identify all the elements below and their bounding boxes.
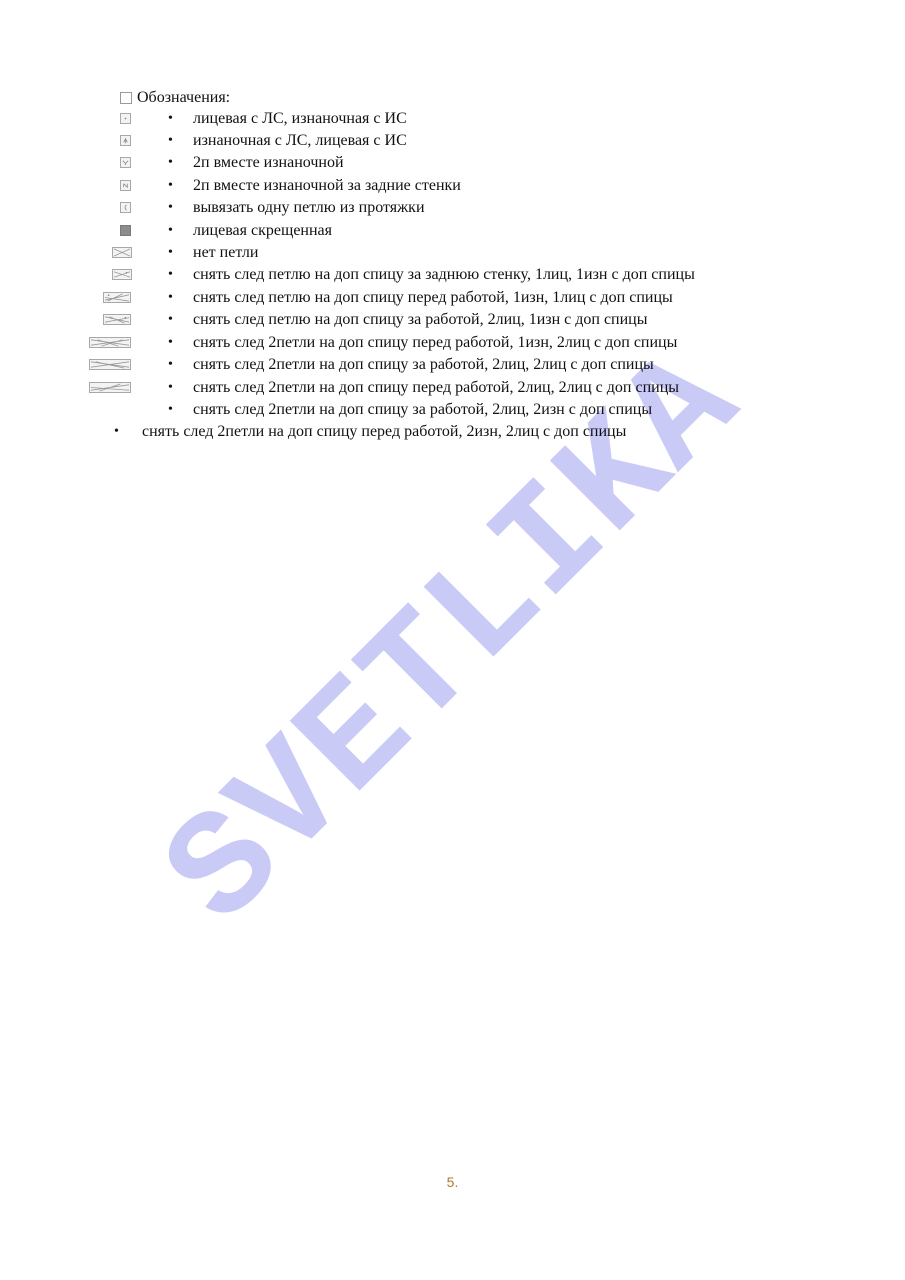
legend-item: • 2п вместе изнаночной [0, 152, 905, 174]
legend-item-text: снять след 2петли на доп спицу перед раб… [193, 377, 679, 399]
legend-item: • снять след 2петли на доп спицу за рабо… [0, 354, 905, 376]
checkbox-square-icon [120, 92, 132, 104]
legend-item-text: лицевая с ЛС, изнаночная с ИС [193, 108, 407, 130]
legend-item: • снять след петлю на доп спицу перед ра… [0, 287, 905, 309]
page-number: 5. [0, 1174, 905, 1190]
knit-purl-symbol-icon [120, 113, 131, 124]
legend-item-text: изнаночная с ЛС, лицевая с ИС [193, 130, 407, 152]
document-page: Обозначения: • лицевая с ЛС, изнаночная … [0, 0, 905, 1280]
bullet: • [168, 175, 173, 197]
legend-item: • снять след 2петли на доп спицу перед р… [0, 421, 905, 443]
legend-item: • снять след 2петли на доп спицу за рабо… [0, 399, 905, 421]
legend-item: • лицевая скрещенная [0, 220, 905, 242]
bullet: • [168, 264, 173, 286]
legend-item-text: снять след 2петли на доп спицу перед раб… [193, 332, 677, 354]
twisted-knit-symbol-icon [120, 225, 131, 236]
legend-item-text: 2п вместе изнаночной за задние стенки [193, 175, 461, 197]
bullet: • [114, 421, 119, 443]
bullet: • [168, 332, 173, 354]
legend-item: • изнаночная с ЛС, лицевая с ИС [0, 130, 905, 152]
bullet: • [168, 108, 173, 130]
no-stitch-symbol-icon [112, 247, 132, 258]
bullet: • [168, 354, 173, 376]
cable-2-1-back-symbol-icon [103, 314, 131, 325]
legend-item: • снять след 2петли на доп спицу перед р… [0, 332, 905, 354]
bullet: • [168, 377, 173, 399]
bullet: • [168, 287, 173, 309]
legend-item-text: 2п вместе изнаночной [193, 152, 344, 174]
legend-item: • вывязать одну петлю из протяжки [0, 197, 905, 219]
cable-2-2-front-symbol-icon [89, 382, 131, 393]
legend-title-text: Обозначения: [137, 87, 230, 109]
legend-item-text: снять след 2петли на доп спицу перед раб… [142, 421, 626, 443]
legend-item-text: снять след 2петли на доп спицу за работо… [193, 354, 654, 376]
bullet: • [168, 220, 173, 242]
legend-item: • 2п вместе изнаночной за задние стенки [0, 175, 905, 197]
p2tog-tbl-symbol-icon [120, 180, 131, 191]
cable-1-1-front-symbol-icon [103, 292, 131, 303]
legend-item-text: снять след петлю на доп спицу за работой… [193, 309, 647, 331]
legend-item-text: лицевая скрещенная [193, 220, 332, 242]
bullet: • [168, 242, 173, 264]
legend-item-text: снять след 2петли на доп спицу за работо… [193, 399, 652, 421]
cable-2-1-front-symbol-icon [89, 337, 131, 348]
cable-1-1-back-symbol-icon [112, 269, 132, 280]
legend-title: Обозначения: [120, 87, 230, 109]
make-one-symbol-icon [120, 202, 131, 213]
bullet: • [168, 130, 173, 152]
legend-item: • лицевая с ЛС, изнаночная с ИС [0, 108, 905, 130]
legend-item: • снять след петлю на доп спицу за задню… [0, 264, 905, 286]
bullet: • [168, 197, 173, 219]
bullet: • [168, 399, 173, 421]
legend-item-text: снять след петлю на доп спицу за заднюю … [193, 264, 695, 286]
legend-item-text: нет петли [193, 242, 258, 264]
purl-knit-symbol-icon [120, 135, 131, 146]
bullet: • [168, 152, 173, 174]
p2tog-symbol-icon [120, 157, 131, 168]
legend-item: • снять след петлю на доп спицу за работ… [0, 309, 905, 331]
legend-item: • нет петли [0, 242, 905, 264]
legend-item-text: снять след петлю на доп спицу перед рабо… [193, 287, 673, 309]
legend-item-text: вывязать одну петлю из протяжки [193, 197, 425, 219]
legend-item: • снять след 2петли на доп спицу перед р… [0, 377, 905, 399]
cable-2-2-back-symbol-icon [89, 359, 131, 370]
bullet: • [168, 309, 173, 331]
